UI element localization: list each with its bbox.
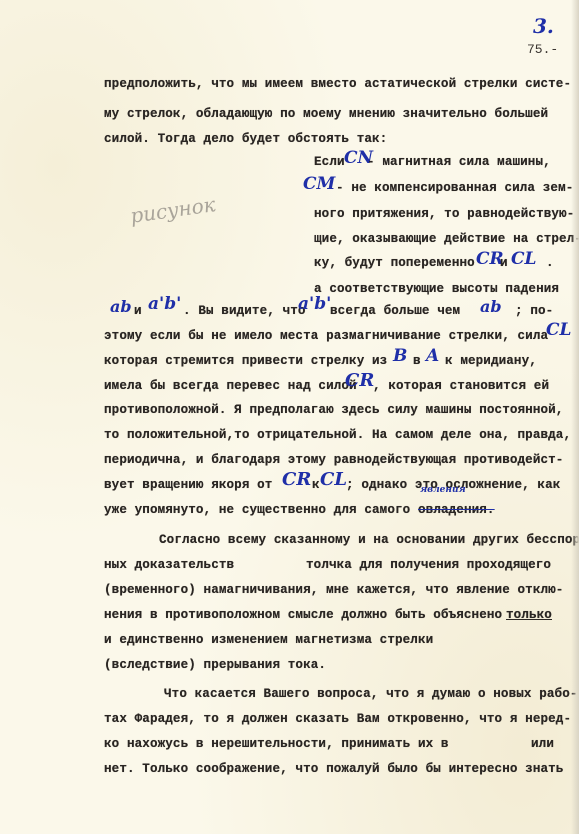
text-line: к [312,478,320,492]
text-line: к меридиану, [445,354,537,368]
text-line: ных доказательств [104,558,234,572]
text-line: или [531,737,554,751]
annotation-cl: CL [546,320,571,340]
annotation-a1b1: a'b' [298,294,331,314]
annotation-ab: ab [110,297,132,316]
annotation-cm: CM [303,174,335,194]
annotation-cl: CL [320,469,347,490]
text-line: и [500,256,508,270]
annotation-cr: CR [345,370,374,391]
text-line: силой. Тогда дело будет обстоять так: [104,132,387,146]
handwritten-insert: явления [420,485,466,495]
text-line: этому если бы не имело места размагничив… [104,329,548,343]
text-line: нения в противоположном смысле должно бы… [104,608,502,622]
underlined-word: только [506,608,552,622]
handwritten-page-number: 3. [533,14,554,38]
struck-word: овладения. [418,503,495,517]
page-edge-shadow [571,0,579,834]
text-line: нет. Только соображение, что пожалуй был… [104,762,563,776]
text-line: ; по- [515,304,553,318]
text-line: то положительной,то отрицательной. На са… [104,428,571,442]
margin-pencil-note: рисунок [129,192,217,228]
text-line: вует вращению якоря от [104,478,272,492]
text-line: периодична, и благодаря этому равнодейст… [104,453,563,467]
annotation-a: A [426,346,439,366]
annotation-cl: CL [511,249,536,269]
text-line: (вследствие) прерывания тока. [104,658,326,672]
text-line: - магнитная сила машины, [367,155,551,169]
text-line: ку, будут попеременно [314,256,475,270]
text-line: и единственно изменением магнетизма стре… [104,633,433,647]
text-line: му стрелок, обладающую по моему мнению з… [104,107,548,121]
text-line: ного притяжения, то равнодействую- [314,207,574,221]
text-line: уже упомянуто, не существенно для самого [104,503,410,517]
text-line: имела бы всегда перевес над силой [104,379,357,393]
text-line: (временного) намагничивания, мне кажется… [104,583,563,597]
text-line: тах Фарадея, то я должен сказать Вам отк… [104,712,571,726]
text-line: ко нахожусь в нерешительности, принимать… [104,737,449,751]
typed-page-number: 75.- [527,42,558,57]
text-line: Согласно всему сказанному и на основании… [159,533,579,547]
text-line: - не компенсированная сила зем- [336,181,573,195]
text-line: предположить, что мы имеем вместо астати… [104,77,571,91]
text-line: всегда больше чем [330,304,460,318]
text-line: Если [314,155,345,169]
text-line: и [134,304,142,318]
annotation-a1b1: a'b' [148,294,181,314]
text-line: в [413,354,421,368]
text-line: , которая становится ей [373,379,549,393]
text-line: противоположной. Я предполагаю здесь сил… [104,403,563,417]
text-line: которая стремится привести стрелку из [104,354,387,368]
text-line: толчка для получения проходящего [306,558,551,572]
text-line: Что касается Вашего вопроса, что я думаю… [164,687,578,701]
document-page: 3. 75.- предположить, что мы имеем вмест… [0,0,579,834]
page-bottom-margin [0,834,579,839]
annotation-ab: ab [480,297,502,316]
annotation-cr: CR [282,469,311,490]
text-line: . [546,256,554,270]
annotation-b: B [393,346,407,366]
text-line: а соответствующие высоты падения [314,282,559,296]
text-line: щие, оказывающие действие на стрел- [314,232,579,246]
text-line: . Вы видите, что [183,304,306,318]
